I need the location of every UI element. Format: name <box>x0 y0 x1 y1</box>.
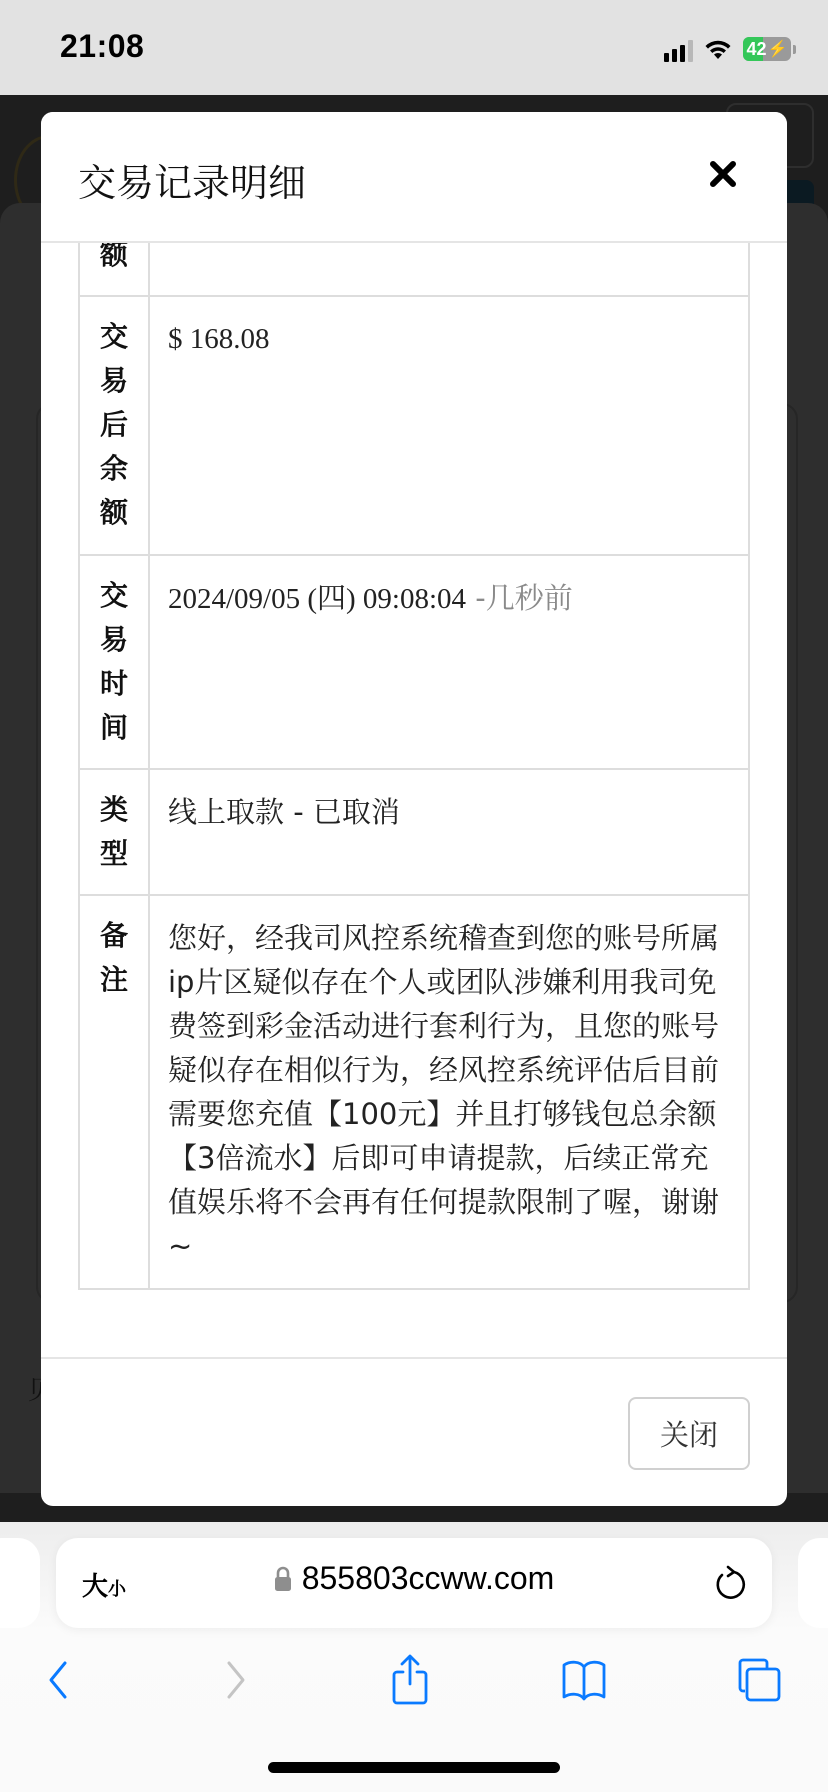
reload-icon[interactable] <box>712 1564 748 1602</box>
chevron-right-icon <box>223 1660 249 1700</box>
modal-header: 交易记录明细 <box>41 112 787 243</box>
row-label: 交易后余额 <box>79 296 149 555</box>
table-row: 额 <box>79 243 749 296</box>
label-char: 后 <box>80 403 148 447</box>
transaction-detail-modal: 交易记录明细 额 交易后余额 $ 168.08 交易时间 <box>41 112 787 1506</box>
label-char: 余 <box>80 447 148 491</box>
lock-icon <box>274 1566 292 1592</box>
row-label: 额 <box>79 243 149 296</box>
row-value <box>149 243 749 296</box>
address-bar[interactable]: 大小 855803ccww.com <box>56 1538 772 1628</box>
label-char: 注 <box>80 958 148 1002</box>
relative-time: -几秒前 <box>475 581 572 615</box>
label-char: 时 <box>80 662 148 706</box>
book-icon <box>560 1659 608 1701</box>
close-button[interactable]: 关闭 <box>628 1397 750 1470</box>
transaction-time-value: 2024/09/05 (四) 09:08:04 -几秒前 <box>149 555 749 769</box>
status-time: 21:08 <box>60 28 144 65</box>
wifi-icon <box>703 37 733 61</box>
detail-table: 额 交易后余额 $ 168.08 交易时间 2024/09/05 (四) 09:… <box>78 243 750 1290</box>
label-char: 易 <box>80 359 148 403</box>
label-char: 易 <box>80 618 148 662</box>
label-char: 备 <box>80 914 148 958</box>
label-char: 型 <box>80 832 148 876</box>
cellular-signal-icon <box>664 36 693 62</box>
tabs-icon <box>737 1657 783 1703</box>
battery-tip <box>793 45 796 54</box>
status-icons: 42 ⚡ <box>664 36 796 62</box>
home-indicator[interactable] <box>268 1762 560 1773</box>
browser-toolbar <box>0 1650 828 1720</box>
table-row: 交易时间 2024/09/05 (四) 09:08:04 -几秒前 <box>79 555 749 769</box>
battery-level: 42 <box>747 39 767 60</box>
table-row: 类型 线上取款 - 已取消 <box>79 769 749 895</box>
modal-close-button[interactable] <box>703 154 743 194</box>
next-tab-peek[interactable] <box>798 1538 828 1628</box>
row-label: 备注 <box>79 895 149 1289</box>
share-button[interactable] <box>380 1650 440 1710</box>
label-char: 额 <box>80 491 148 535</box>
battery-charging-icon: 42 ⚡ <box>743 37 791 61</box>
row-label: 交易时间 <box>79 555 149 769</box>
modal-title: 交易记录明细 <box>78 152 306 207</box>
modal-footer: 关闭 <box>41 1357 787 1506</box>
close-icon <box>709 160 737 188</box>
label-char: 交 <box>80 315 148 359</box>
label-char: 交 <box>80 574 148 618</box>
modal-body[interactable]: 额 交易后余额 $ 168.08 交易时间 2024/09/05 (四) 09:… <box>41 243 787 1357</box>
url-display[interactable]: 855803ccww.com <box>56 1560 772 1597</box>
table-row: 交易后余额 $ 168.08 <box>79 296 749 555</box>
balance-after-value: $ 168.08 <box>149 296 749 555</box>
chevron-left-icon <box>45 1660 71 1700</box>
browser-bottom-bar: 大小 855803ccww.com <box>0 1522 828 1792</box>
row-label-text: 额 <box>80 243 148 277</box>
back-button[interactable] <box>28 1650 88 1710</box>
status-bar: 21:08 42 ⚡ <box>0 0 828 95</box>
forward-button[interactable] <box>206 1650 266 1710</box>
row-label: 类型 <box>79 769 149 895</box>
tabs-button[interactable] <box>730 1650 790 1710</box>
table-row: 备注 您好，经我司风控系统稽查到您的账号所属ip片区疑似存在个人或团队涉嫌利用我… <box>79 895 749 1289</box>
previous-tab-peek[interactable] <box>0 1538 40 1628</box>
transaction-type-value: 线上取款 - 已取消 <box>149 769 749 895</box>
remark-value: 您好，经我司风控系统稽查到您的账号所属ip片区疑似存在个人或团队涉嫌利用我司免费… <box>149 895 749 1289</box>
label-char: 类 <box>80 788 148 832</box>
transaction-time: 2024/09/05 (四) 09:08:04 <box>168 583 466 615</box>
label-char: 间 <box>80 706 148 750</box>
share-icon <box>390 1654 430 1706</box>
bookmarks-button[interactable] <box>554 1650 614 1710</box>
url-text: 855803ccww.com <box>302 1560 555 1597</box>
